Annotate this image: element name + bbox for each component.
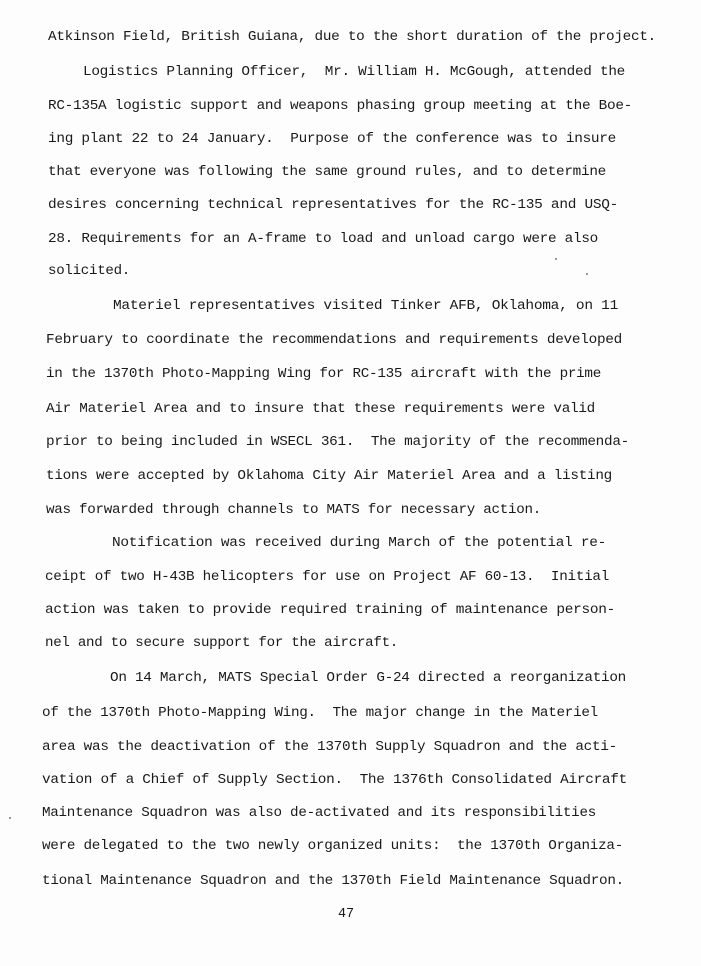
text-line: in the 1370th Photo-Mapping Wing for RC-… (46, 367, 601, 383)
document-page: Atkinson Field, British Guiana, due to t… (0, 0, 701, 966)
text-line: of the 1370th Photo-Mapping Wing. The ma… (42, 706, 598, 722)
text-line: desires concerning technical representat… (48, 198, 618, 214)
text-line: action was taken to provide required tra… (45, 603, 615, 619)
text-line: Air Materiel Area and to insure that the… (46, 402, 595, 418)
text-line: Atkinson Field, British Guiana, due to t… (48, 30, 656, 46)
text-line: February to coordinate the recommendatio… (46, 333, 622, 349)
text-line: nel and to secure support for the aircra… (45, 636, 398, 652)
scan-speck (586, 273, 588, 275)
text-line: 28. Requirements for an A-frame to load … (48, 232, 598, 248)
text-line: prior to being included in WSECL 361. Th… (46, 435, 629, 451)
page-number: 47 (338, 907, 354, 922)
text-line: tional Maintenance Squadron and the 1370… (42, 874, 624, 890)
text-line: ing plant 22 to 24 January. Purpose of t… (48, 132, 616, 148)
text-line: were delegated to the two newly organize… (42, 839, 623, 855)
text-line: ceipt of two H-43B helicopters for use o… (45, 570, 609, 586)
text-line: was forwarded through channels to MATS f… (46, 503, 541, 519)
text-line: Maintenance Squadron was also de-activat… (42, 806, 596, 822)
text-line: solicited. (48, 264, 130, 280)
text-line: Notification was received during March o… (112, 536, 606, 552)
text-line: Materiel representatives visited Tinker … (113, 299, 618, 315)
text-line: vation of a Chief of Supply Section. The… (42, 773, 627, 789)
text-line: area was the deactivation of the 1370th … (42, 740, 617, 756)
text-line: Logistics Planning Officer, Mr. William … (83, 65, 625, 81)
text-line: RC-135A logistic support and weapons pha… (48, 99, 632, 115)
text-line: tions were accepted by Oklahoma City Air… (46, 469, 612, 485)
scan-speck (9, 817, 11, 819)
text-line: that everyone was following the same gro… (48, 165, 606, 181)
text-line: On 14 March, MATS Special Order G-24 dir… (110, 671, 626, 687)
scan-speck (555, 258, 557, 260)
